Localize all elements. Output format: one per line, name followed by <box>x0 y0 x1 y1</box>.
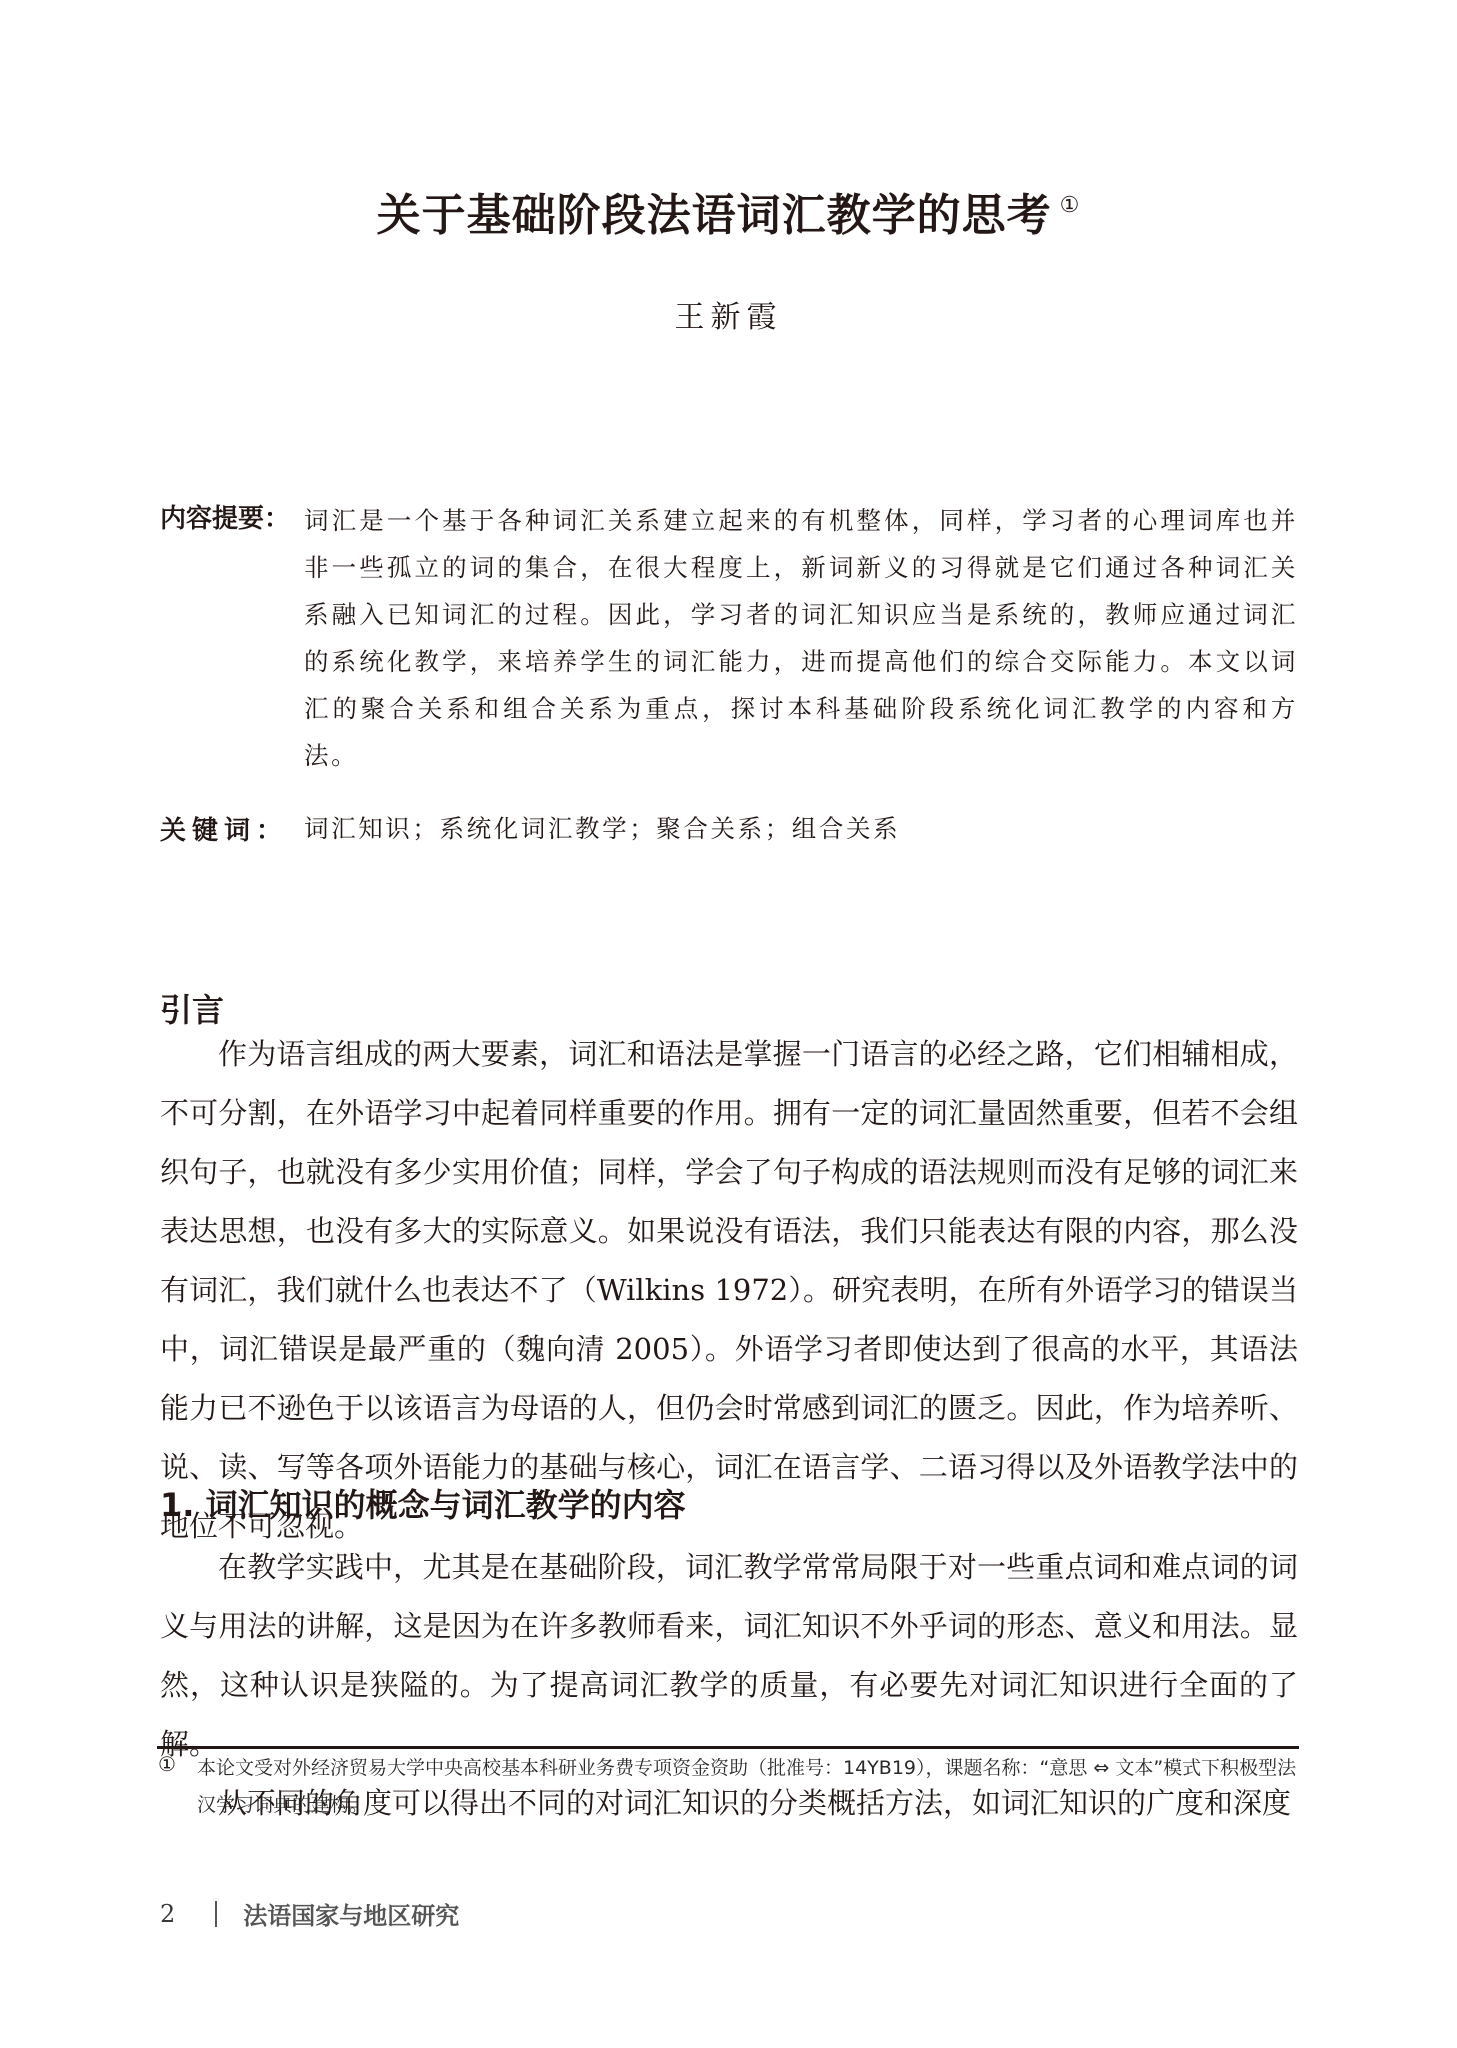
abstract-text: 词汇是一个基于各种词汇关系建立起来的有机整体，同样，学习者的心理词库也并非一些孤… <box>304 497 1298 779</box>
footnote-divider <box>157 1746 1299 1749</box>
section-heading-1: 1. 词汇知识的概念与词汇教学的内容 <box>160 1480 686 1526</box>
footer-separator <box>215 1901 217 1927</box>
page-footer: 2 法语国家与地区研究 <box>160 1896 459 1931</box>
abstract-label: 内容提要： <box>160 498 290 535</box>
article-title: 关于基础阶段法语词汇教学的思考① <box>0 178 1457 244</box>
keywords-label: 关键词： <box>160 810 288 847</box>
title-text: 关于基础阶段法语词汇教学的思考 <box>377 190 1052 241</box>
footnote-text: 本论文受对外经济贸易大学中央高校基本科研业务费专项资金资助（批准号：14YB19… <box>197 1750 1297 1824</box>
page-number: 2 <box>160 1900 175 1928</box>
title-footnote-mark[interactable]: ① <box>1060 193 1081 218</box>
paragraph: 作为语言组成的两大要素，词汇和语法是掌握一门语言的必经之路，它们相辅相成，不可分… <box>160 1025 1298 1556</box>
intro-body: 作为语言组成的两大要素，词汇和语法是掌握一门语言的必经之路，它们相辅相成，不可分… <box>160 1025 1298 1556</box>
keywords-text: 词汇知识；系统化词汇教学；聚合关系；组合关系 <box>304 810 900 845</box>
author-name: 王新霞 <box>0 292 1457 336</box>
footnote-mark: ① <box>158 1752 176 1776</box>
paragraph: 在教学实践中，尤其是在基础阶段，词汇教学常常局限于对一些重点词和难点词的词义与用… <box>160 1538 1298 1774</box>
journal-name: 法语国家与地区研究 <box>243 1896 459 1931</box>
